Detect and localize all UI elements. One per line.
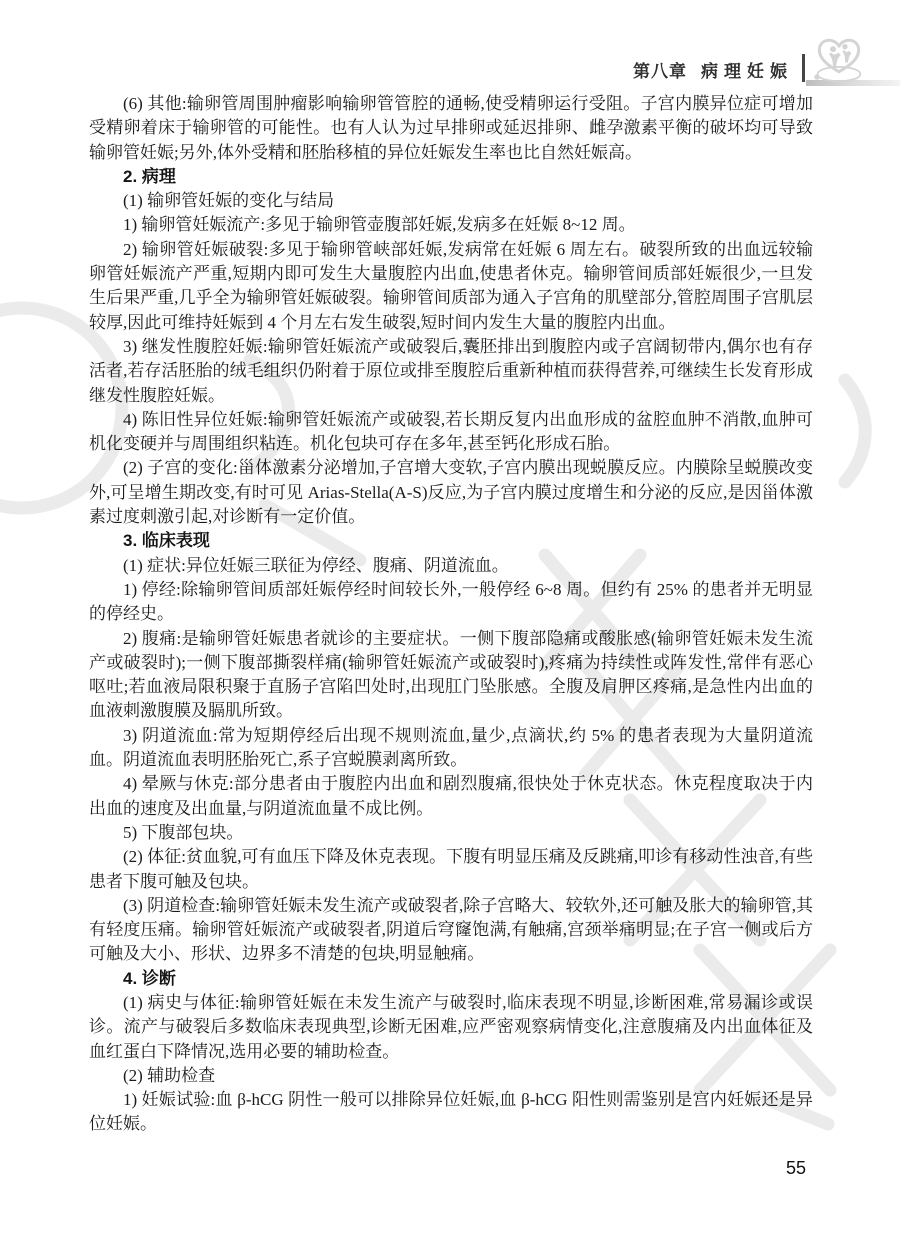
para-symptoms-triad: (1) 症状:异位妊娠三联征为停经、腹痛、阴道流血。 <box>89 554 813 578</box>
para-tubal-rupture: 2) 输卵管妊娠破裂:多见于输卵管峡部妊娠,发病常在妊娠 6 周左右。破裂所致的… <box>89 238 813 335</box>
para-amenorrhea: 1) 停经:除输卵管间质部妊娠停经时间较长外,一般停经 6~8 周。但约有 25… <box>89 578 813 627</box>
para-other-causes: (6) 其他:输卵管周围肿瘤影响输卵管管腔的通畅,使受精卵运行受阻。子宫内膜异位… <box>89 92 813 165</box>
para-syncope-shock: 4) 晕厥与休克:部分患者由于腹腔内出血和剧烈腹痛,很快处于休克状态。休克程度取… <box>89 772 813 821</box>
para-pregnancy-test: 1) 妊娠试验:血 β-hCG 阴性一般可以排除异位妊娠,血 β-hCG 阳性则… <box>89 1088 813 1137</box>
publisher-logo-icon <box>809 36 869 86</box>
page-number: 55 <box>786 1158 806 1179</box>
page-content: (6) 其他:输卵管周围肿瘤影响输卵管管腔的通畅,使受精卵运行受阻。子宫内膜异位… <box>89 92 813 1137</box>
heading-diagnosis: 4. 诊断 <box>89 967 813 991</box>
para-vaginal-bleeding: 3) 阴道流血:常为短期停经后出现不规则流血,量少,点滴状,约 5% 的患者表现… <box>89 724 813 773</box>
para-lower-abdominal-mass: 5) 下腹部包块。 <box>89 821 813 845</box>
para-tubal-outcomes-title: (1) 输卵管妊娠的变化与结局 <box>89 189 813 213</box>
chapter-number: 第八章 <box>633 62 687 81</box>
para-abdominal-pain: 2) 腹痛:是输卵管妊娠患者就诊的主要症状。一侧下腹部隐痛或酸胀感(输卵管妊娠未… <box>89 627 813 724</box>
heading-pathology: 2. 病理 <box>89 165 813 189</box>
para-tubal-abortion: 1) 输卵管妊娠流产:多见于输卵管壶腹部妊娠,发病多在妊娠 8~12 周。 <box>89 213 813 237</box>
header-divider <box>802 54 805 82</box>
para-auxiliary-exam-title: (2) 辅助检查 <box>89 1064 813 1088</box>
para-history-signs: (1) 病史与体征:输卵管妊娠在未发生流产与破裂时,临床表现不明显,诊断困难,常… <box>89 991 813 1064</box>
textbook-page: 第八章病理妊娠 (6) 其他:输卵管周围肿瘤影响输卵管管腔的通畅,使受精卵运行受… <box>0 0 900 1234</box>
running-header: 第八章病理妊娠 <box>633 57 793 82</box>
para-secondary-abdominal: 3) 继发性腹腔妊娠:输卵管妊娠流产或破裂后,囊胚排出到腹腔内或子宫阔韧带内,偶… <box>89 335 813 408</box>
para-old-ectopic: 4) 陈旧性异位妊娠:输卵管妊娠流产或破裂,若长期反复内出血形成的盆腔血肿不消散… <box>89 408 813 457</box>
para-signs: (2) 体征:贫血貌,可有血压下降及休克表现。下腹有明显压痛及反跳痛,叩诊有移动… <box>89 845 813 894</box>
chapter-title: 病理妊娠 <box>701 62 793 81</box>
para-vaginal-exam: (3) 阴道检查:输卵管妊娠未发生流产或破裂者,除子宫略大、较软外,还可触及胀大… <box>89 894 813 967</box>
para-uterine-changes: (2) 子宫的变化:甾体激素分泌增加,子宫增大变软,子宫内膜出现蜕膜反应。内膜除… <box>89 456 813 529</box>
heading-clinical: 3. 临床表现 <box>89 529 813 553</box>
